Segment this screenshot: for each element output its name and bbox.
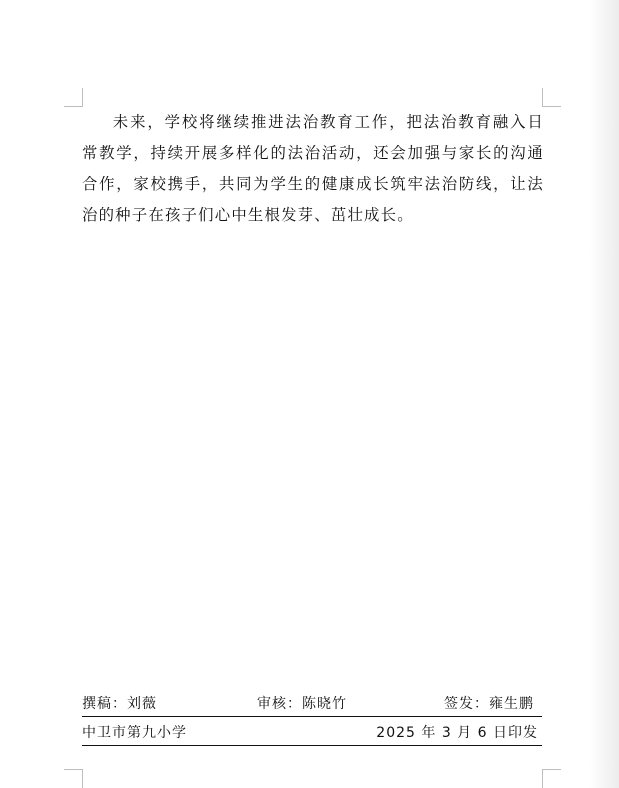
footer-issue-row: 中卫市第九小学 2025 年 3 月 6 日印发 xyxy=(82,722,542,744)
crop-mark-bottom-right-v xyxy=(542,769,543,788)
author-credit: 撰稿：刘薇 xyxy=(82,693,157,715)
crop-mark-top-right-v xyxy=(542,88,543,107)
crop-mark-bottom-right-h xyxy=(542,769,561,770)
crop-mark-bottom-left-h xyxy=(64,769,83,770)
crop-mark-top-left-v xyxy=(82,88,83,107)
body-paragraph: 未来，学校将继续推进法治教育工作，把法治教育融入日常教学，持续开展多样化的法治活… xyxy=(82,107,544,231)
organization-name: 中卫市第九小学 xyxy=(82,722,187,744)
footer-rule-1 xyxy=(82,716,542,717)
footer-credits-row: 撰稿：刘薇 审核：陈晓竹 签发：雍生鹏 xyxy=(82,693,542,715)
crop-mark-top-right-h xyxy=(542,106,561,107)
crop-mark-top-left-h xyxy=(64,106,83,107)
crop-mark-bottom-left-v xyxy=(82,769,83,788)
document-body: 未来，学校将继续推进法治教育工作，把法治教育融入日常教学，持续开展多样化的法治活… xyxy=(82,107,544,231)
print-date: 2025 年 3 月 6 日印发 xyxy=(376,722,538,744)
issuer-credit: 签发：雍生鹏 xyxy=(444,693,534,715)
reviewer-credit: 审核：陈晓竹 xyxy=(257,693,347,715)
page-edge-shadow xyxy=(589,0,619,788)
footer-rule-2 xyxy=(82,745,542,746)
